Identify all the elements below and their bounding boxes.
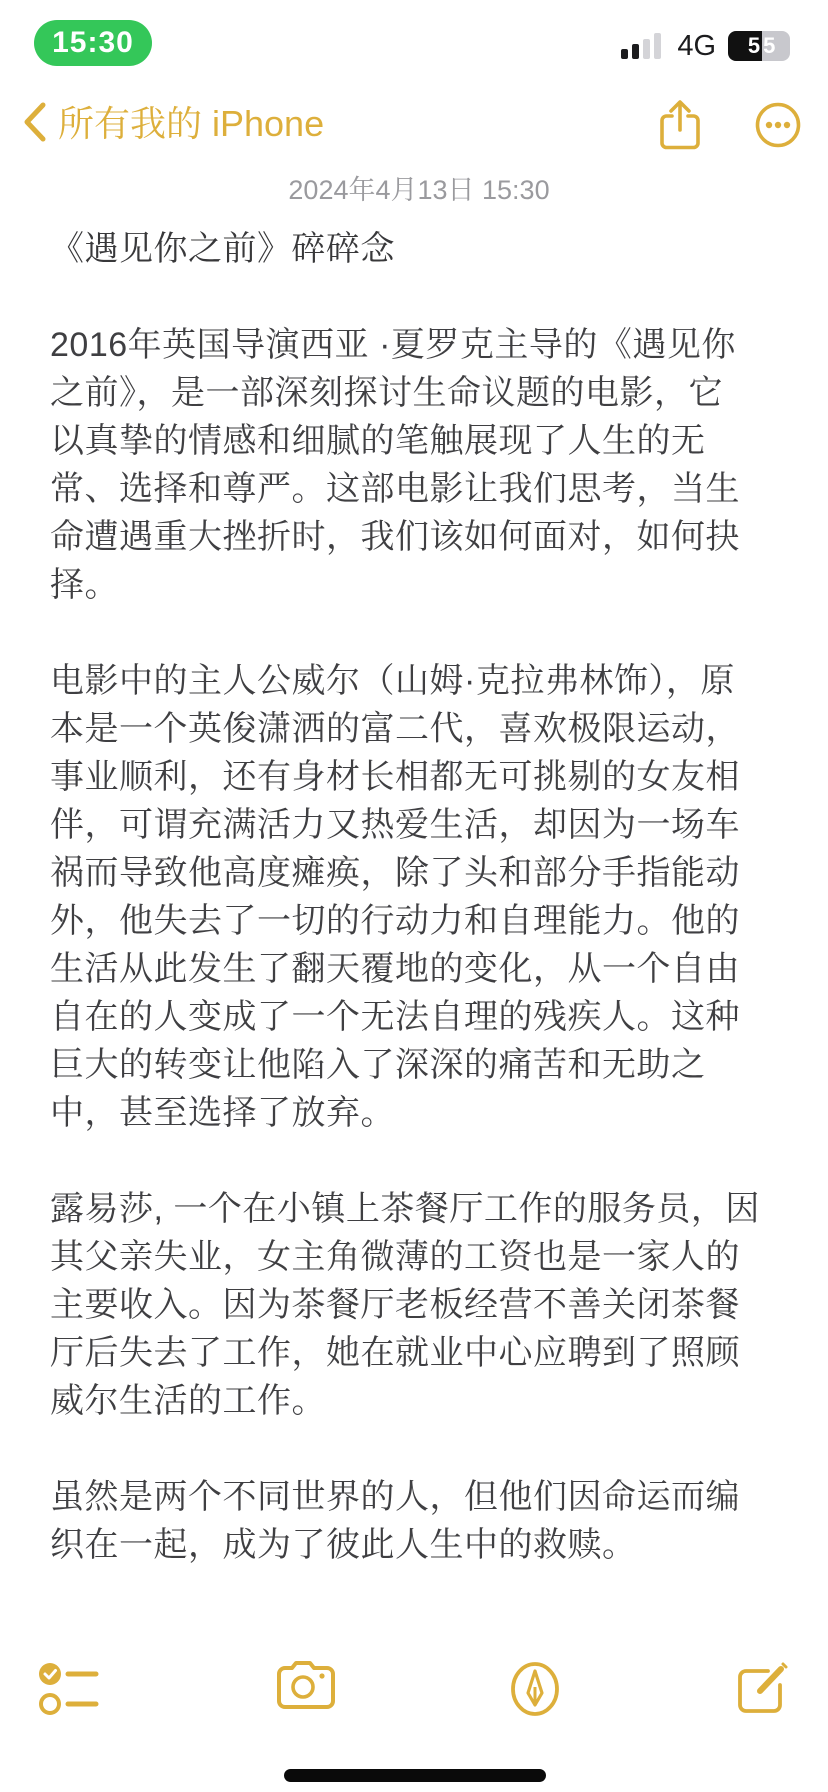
note-paragraph: 露易莎, 一个在小镇上茶餐厅工作的服务员，因 其父亲失业，女主角微薄的工资也是一…: [50, 1185, 788, 1425]
compose-button[interactable]: [734, 1661, 790, 1720]
more-options-button[interactable]: [754, 101, 802, 152]
battery-filled-digit: 5: [728, 31, 762, 61]
back-button[interactable]: 所有我的 iPhone: [22, 96, 324, 147]
note-paragraph: 2016年英国导演西亚 ·夏罗克主导的《遇见你 之前》，是一部深刻探讨生命议题的…: [50, 321, 788, 609]
markup-button[interactable]: [509, 1661, 561, 1720]
compose-icon: [734, 1661, 790, 1717]
home-indicator[interactable]: [284, 1769, 546, 1782]
note-title: 《遇见你之前》碎碎念: [50, 225, 788, 273]
notes-app-screen: 15:30 4G 5 5 所有我的 iPho: [0, 0, 828, 1792]
note-editor[interactable]: 2024年4月13日 15:30 《遇见你之前》碎碎念 2016年英国导演西亚 …: [0, 160, 828, 1569]
note-paragraph: 虽然是两个不同世界的人，但他们因命运而编 织在一起，成为了彼此人生中的救赎。: [50, 1473, 788, 1569]
checklist-icon: [38, 1661, 102, 1717]
note-paragraph: 电影中的主人公威尔（山姆·克拉弗林饰），原 本是一个英俊潇洒的富二代，喜欢极限运…: [50, 657, 788, 1137]
markup-icon: [509, 1661, 561, 1717]
share-icon: [658, 98, 702, 152]
checklist-button[interactable]: [38, 1661, 102, 1720]
camera-icon: [275, 1661, 337, 1711]
nav-bar: 所有我的 iPhone: [0, 96, 828, 160]
status-right-cluster: 4G 5 5: [621, 26, 796, 66]
battery-empty-digit: 5: [762, 31, 790, 61]
network-type-label: 4G: [677, 30, 716, 63]
back-chevron-icon: [22, 100, 48, 144]
battery-indicator: 5 5: [728, 31, 790, 61]
status-time: 15:30: [52, 26, 134, 60]
cellular-signal-icon: [621, 33, 665, 59]
share-button[interactable]: [658, 98, 702, 155]
status-bar: 15:30 4G 5 5: [0, 0, 828, 88]
camera-button[interactable]: [275, 1661, 337, 1714]
note-date: 2024年4月13日 15:30: [50, 160, 788, 207]
back-button-label: 所有我的 iPhone: [58, 96, 324, 147]
nav-actions: [658, 98, 802, 155]
ellipsis-circle-icon: [754, 101, 802, 149]
active-call-time-pill[interactable]: 15:30: [34, 20, 152, 66]
